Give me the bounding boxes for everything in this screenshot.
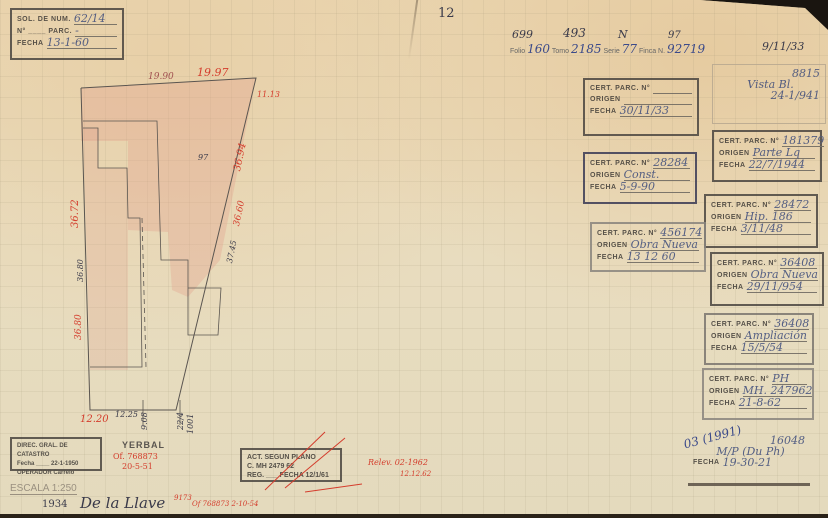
scale-label: ESCALA 1:250 [10,483,77,495]
relevado-note: Relev. 02-1962 [368,458,428,467]
relevado-sub: 12.12.62 [400,470,431,478]
bottom-red-note: Of 768873 2-10-54 [192,500,259,508]
footer-date: 1934 [42,499,67,510]
bottom-red-num: 9173 [174,494,192,502]
surveyor-signature: De la Llave [80,494,165,512]
red-strikethrough-marks [0,0,828,518]
